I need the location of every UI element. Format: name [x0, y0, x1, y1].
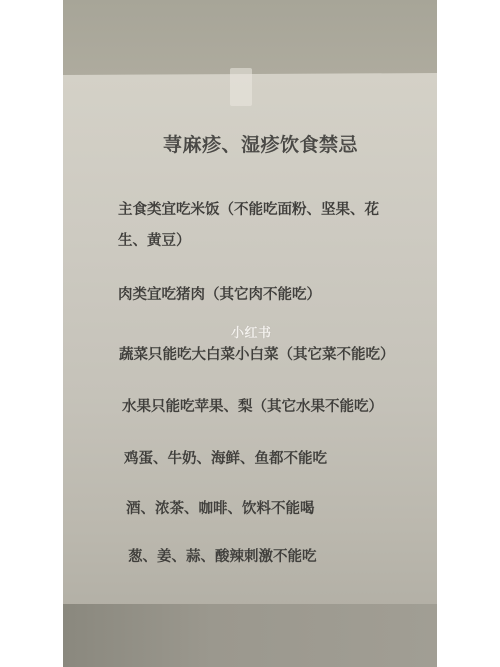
notice-item-staple-food: 主食类宜吃米饭（不能吃面粉、坚果、花	[118, 198, 379, 219]
photo: 荨麻疹、湿疹饮食禁忌 主食类宜吃米饭（不能吃面粉、坚果、花 生、黄豆） 肉类宜吃…	[63, 0, 437, 667]
watermark-logo: 小红书	[231, 322, 272, 341]
notice-item-eggs-dairy-seafood: 鸡蛋、牛奶、海鲜、鱼都不能吃	[124, 447, 327, 468]
notice-title: 荨麻疹、湿疹饮食禁忌	[163, 130, 358, 157]
notice-item-staple-food-continued: 生、黄豆）	[118, 229, 191, 250]
notice-item-spicy: 葱、姜、蒜、酸辣刺激不能吃	[128, 545, 317, 566]
wall-top	[63, 0, 437, 76]
wall-bottom	[63, 604, 437, 667]
tape-strip	[230, 68, 252, 106]
canvas: 荨麻疹、湿疹饮食禁忌 主食类宜吃米饭（不能吃面粉、坚果、花 生、黄豆） 肉类宜吃…	[0, 0, 500, 667]
notice-item-meat: 肉类宜吃猪肉（其它肉不能吃）	[118, 283, 321, 304]
notice-item-drinks: 酒、浓茶、咖啡、饮料不能喝	[126, 497, 315, 518]
notice-item-fruit: 水果只能吃苹果、梨（其它水果不能吃）	[122, 395, 383, 416]
notice-item-vegetables: 蔬菜只能吃大白菜小白菜（其它菜不能吃）	[119, 343, 395, 364]
